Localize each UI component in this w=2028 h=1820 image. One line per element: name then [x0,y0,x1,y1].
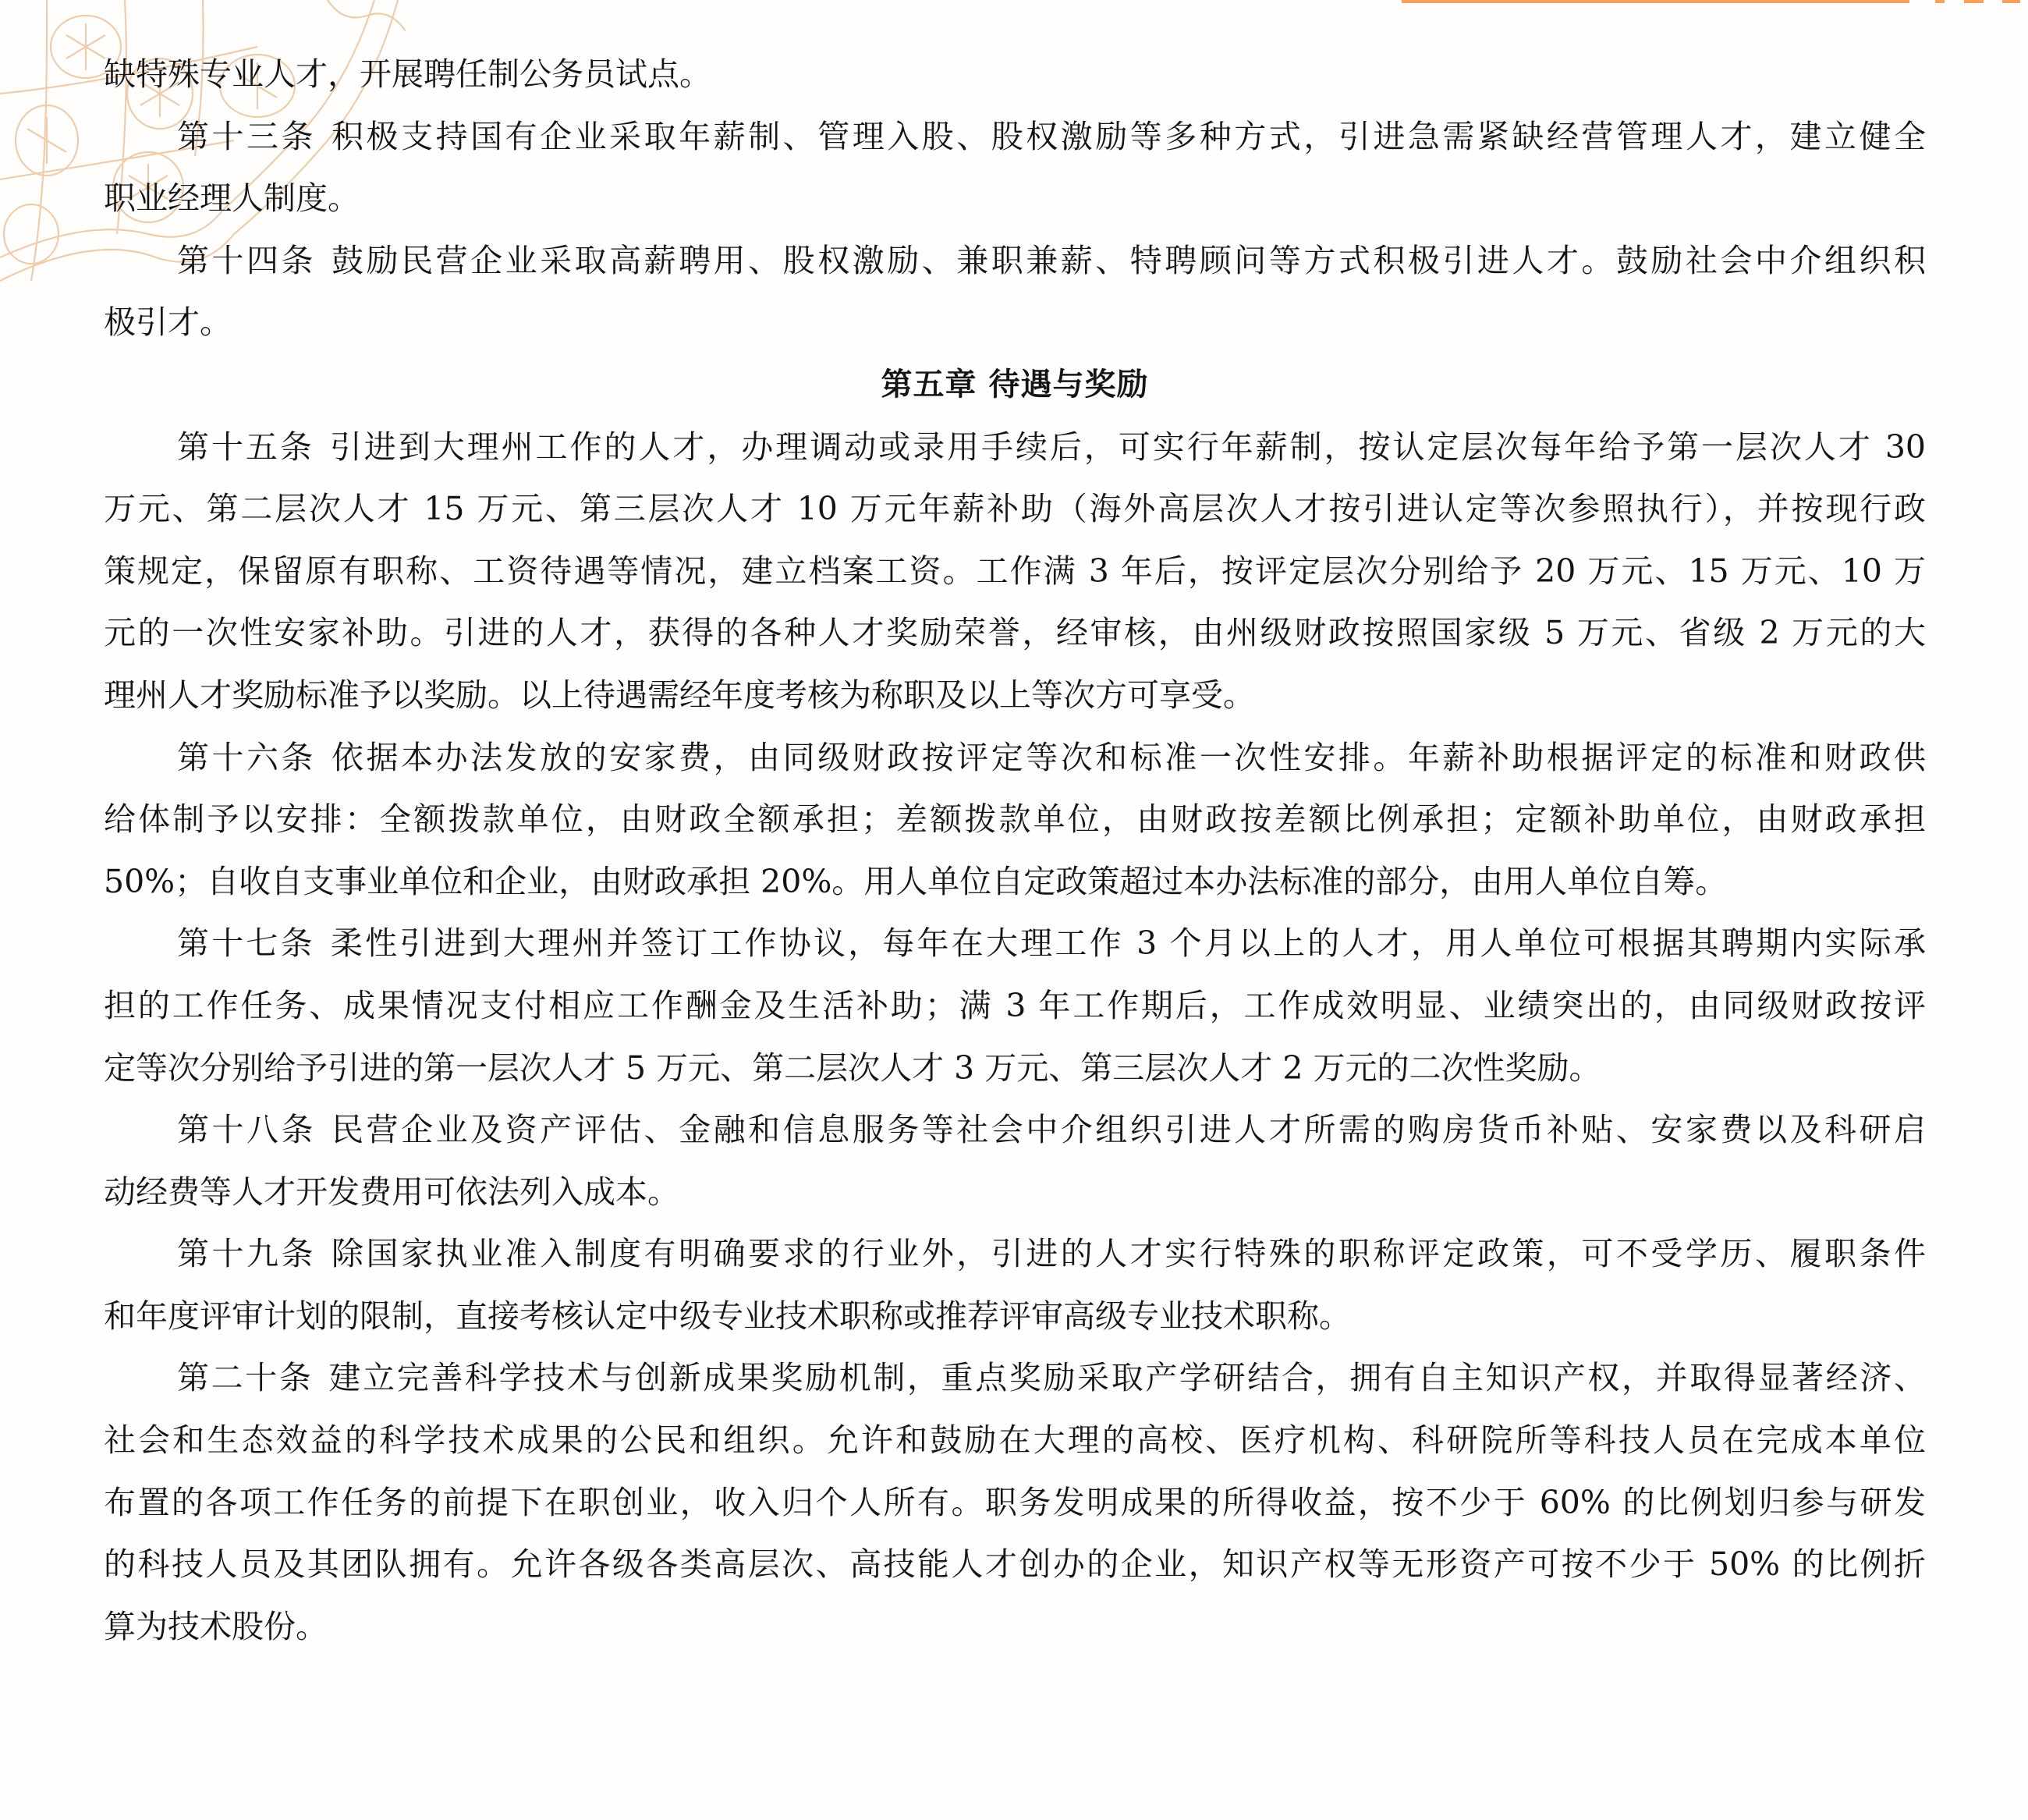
article-number: 第十五条 [177,428,314,466]
line-text: 和年度评审计划的限制，直接考核认定中级专业技术职称或推荐评审高级专业技术职称。 [104,1297,1351,1335]
line-text: 柔性引进到大理州并签订工作协议，每年在大理工作 3 个月以上的人才，用人单位可根… [331,924,1926,962]
article-first-line: 第十三条积极支持国有企业采取年薪制、管理入股、股权激励等多种方式，引进急需紧缺经… [104,106,1926,169]
article-number: 第十九条 [177,1235,316,1272]
line-text: 给体制予以安排：全额拨款单位，由财政全额承担；差额拨款单位，由财政按差额比例承担… [104,800,1926,838]
chapter-heading: 第五章 待遇与奖励 [104,354,1926,417]
article-first-line: 第十七条柔性引进到大理州并签订工作协议，每年在大理工作 3 个月以上的人才，用人… [104,913,1926,975]
text-line: 的科技人员及其团队拥有。允许各级各类高层次、高技能人才创办的企业，知识产权等无形… [104,1534,1926,1596]
text-line: 社会和生态效益的科学技术成果的公民和组织。允许和鼓励在大理的高校、医疗机构、科研… [104,1410,1926,1472]
text-line: 万元、第二层次人才 15 万元、第三层次人才 10 万元年薪补助（海外高层次人才… [104,478,1926,541]
article-first-line: 第十四条鼓励民营企业采取高薪聘用、股权激励、兼职兼薪、特聘顾问等方式积极引进人才… [104,230,1926,293]
article-number: 第十八条 [177,1111,316,1148]
top-accent-bar [1402,0,1909,3]
line-text: 策规定，保留原有职称、工资待遇等情况，建立档案工资。工作满 3 年后，按评定层次… [104,552,1926,590]
line-text: 职业经理人制度。 [104,179,360,217]
article-number: 第十四条 [177,242,316,279]
article-first-line: 第十六条依据本办法发放的安家费，由同级财政按评定等次和标准一次性安排。年薪补助根… [104,727,1926,789]
document-body: 缺特殊专业人才，开展聘任制公务员试点。第十三条积极支持国有企业采取年薪制、管理入… [104,44,1926,1658]
line-text: 依据本办法发放的安家费，由同级财政按评定等次和标准一次性安排。年薪补助根据评定的… [331,739,1926,776]
line-text: 万元、第二层次人才 15 万元、第三层次人才 10 万元年薪补助（海外高层次人才… [104,490,1926,527]
line-text: 建立完善科学技术与创新成果奖励机制，重点奖励采取产学研结合，拥有自主知识产权，并… [328,1359,1926,1396]
article-number: 第十七条 [177,924,315,962]
line-text: 除国家执业准入制度有明确要求的行业外，引进的人才实行特殊的职称评定政策，可不受学… [331,1235,1926,1272]
line-text: 算为技术股份。 [104,1608,328,1645]
article-first-line: 第十五条引进到大理州工作的人才，办理调动或录用手续后，可实行年薪制，按认定层次每… [104,417,1926,479]
previous-chapter-text: 缺特殊专业人才，开展聘任制公务员试点。第十三条积极支持国有企业采取年薪制、管理入… [104,44,1926,354]
text-line: 动经费等人才开发费用可依法列入成本。 [104,1162,1926,1224]
line-text: 担的工作任务、成果情况支付相应工作酬金及生活补助；满 3 年工作期后，工作成效明… [104,987,1926,1024]
line-text: 引进到大理州工作的人才，办理调动或录用手续后，可实行年薪制，按认定层次每年给予第… [330,428,1926,466]
text-line: 50%；自收自支事业单位和企业，由财政承担 20%。用人单位自定政策超过本办法标… [104,851,1926,914]
text-line: 布置的各项工作任务的前提下在职创业，收入归个人所有。职务发明成果的所得收益，按不… [104,1472,1926,1534]
line-text: 缺特殊专业人才，开展聘任制公务员试点。 [104,55,711,93]
article-first-line: 第十九条除国家执业准入制度有明确要求的行业外，引进的人才实行特殊的职称评定政策，… [104,1223,1926,1286]
article-number: 第十六条 [177,739,316,776]
top-accent-block [1964,0,1984,3]
line-text: 布置的各项工作任务的前提下在职创业，收入归个人所有。职务发明成果的所得收益，按不… [104,1484,1926,1521]
text-line: 担的工作任务、成果情况支付相应工作酬金及生活补助；满 3 年工作期后，工作成效明… [104,975,1926,1038]
article-number: 第二十条 [177,1359,313,1396]
line-text: 社会和生态效益的科学技术成果的公民和组织。允许和鼓励在大理的高校、医疗机构、科研… [104,1421,1926,1459]
chapter-five-text: 第十五条引进到大理州工作的人才，办理调动或录用手续后，可实行年薪制，按认定层次每… [104,417,1926,1659]
text-line: 算为技术股份。 [104,1596,1926,1659]
line-text: 动经费等人才开发费用可依法列入成本。 [104,1173,679,1211]
top-accent-block [1935,0,1945,3]
line-text: 元的一次性安家补助。引进的人才，获得的各种人才奖励荣誉，经审核，由州级财政按照国… [104,614,1926,651]
text-line: 策规定，保留原有职称、工资待遇等情况，建立档案工资。工作满 3 年后，按评定层次… [104,541,1926,603]
line-text: 民营企业及资产评估、金融和信息服务等社会中介组织引进人才所需的购房货币补贴、安家… [331,1111,1926,1148]
line-text: 50%；自收自支事业单位和企业，由财政承担 20%。用人单位自定政策超过本办法标… [104,863,1727,900]
text-line: 给体制予以安排：全额拨款单位，由财政全额承担；差额拨款单位，由财政按差额比例承担… [104,789,1926,851]
text-line: 定等次分别给予引进的第一层次人才 5 万元、第二层次人才 3 万元、第三层次人才… [104,1038,1926,1100]
line-text: 的科技人员及其团队拥有。允许各级各类高层次、高技能人才创办的企业，知识产权等无形… [104,1545,1926,1583]
line-text: 积极支持国有企业采取年薪制、管理入股、股权激励等多种方式，引进急需紧缺经营管理人… [331,118,1926,155]
text-line: 和年度评审计划的限制，直接考核认定中级专业技术职称或推荐评审高级专业技术职称。 [104,1286,1926,1348]
text-line: 理州人才奖励标准予以奖励。以上待遇需经年度考核为称职及以上等次方可享受。 [104,665,1926,727]
article-first-line: 第十八条民营企业及资产评估、金融和信息服务等社会中介组织引进人才所需的购房货币补… [104,1099,1926,1162]
line-text: 鼓励民营企业采取高薪聘用、股权激励、兼职兼薪、特聘顾问等方式积极引进人才。鼓励社… [331,242,1926,279]
line-text: 定等次分别给予引进的第一层次人才 5 万元、第二层次人才 3 万元、第三层次人才… [104,1049,1601,1087]
article-number: 第十三条 [177,118,316,155]
text-line: 元的一次性安家补助。引进的人才，获得的各种人才奖励荣誉，经审核，由州级财政按照国… [104,602,1926,665]
text-line: 极引才。 [104,292,1926,354]
text-line: 缺特殊专业人才，开展聘任制公务员试点。 [104,44,1926,106]
line-text: 理州人才奖励标准予以奖励。以上待遇需经年度考核为称职及以上等次方可享受。 [104,676,1255,714]
line-text: 极引才。 [104,303,232,341]
top-accent-block [2002,0,2020,3]
text-line: 职业经理人制度。 [104,168,1926,230]
article-first-line: 第二十条建立完善科学技术与创新成果奖励机制，重点奖励采取产学研结合，拥有自主知识… [104,1347,1926,1410]
